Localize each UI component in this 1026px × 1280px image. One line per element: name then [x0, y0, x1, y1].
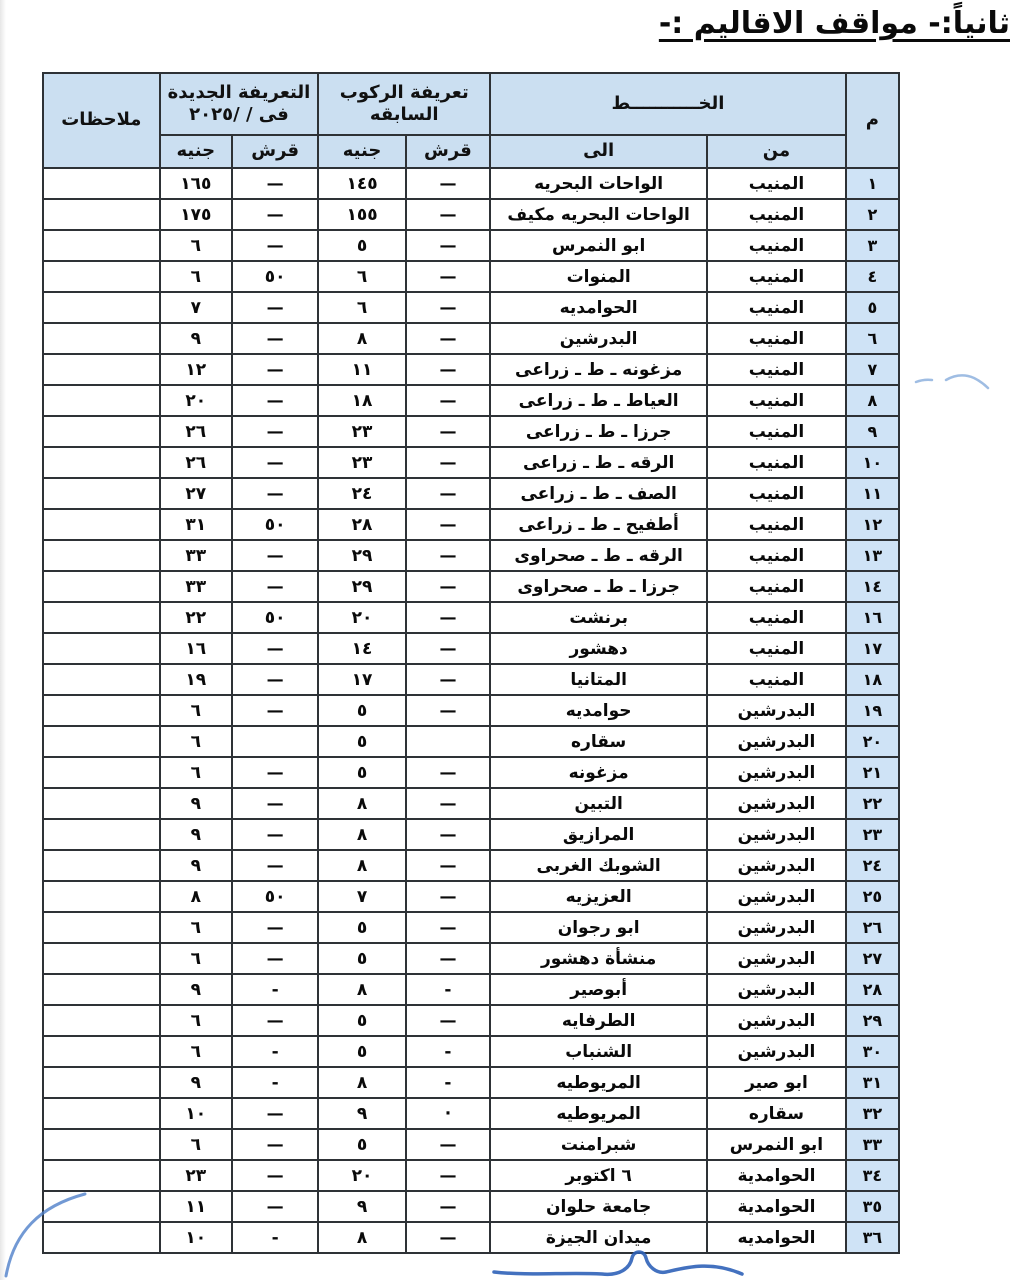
from-cell: الحوامدية: [707, 1191, 846, 1222]
row-number-cell: ٦: [846, 323, 899, 354]
notes-cell: [43, 943, 160, 974]
table-row: ٢المنيبالواحات البحريه مكيف—١٥٥—١٧٥: [43, 199, 899, 230]
old-genih-cell: ٧: [318, 881, 405, 912]
new-genih-cell: ١٦: [160, 633, 232, 664]
new-qirsh-cell: —: [232, 695, 318, 726]
new-qirsh-cell: —: [232, 757, 318, 788]
old-qirsh-cell: —: [406, 416, 490, 447]
row-number-cell: ٨: [846, 385, 899, 416]
header-line-group: الخـــــــــــط: [490, 73, 846, 135]
table-row: ٣٦الحوامديهميدان الجيزة—٨-١٠: [43, 1222, 899, 1253]
from-cell: المنيب: [707, 416, 846, 447]
new-qirsh-cell: —: [232, 447, 318, 478]
row-number-cell: ٣٦: [846, 1222, 899, 1253]
table-row: ٢٢البدرشينالتبين—٨—٩: [43, 788, 899, 819]
notes-cell: [43, 540, 160, 571]
notes-cell: [43, 1036, 160, 1067]
notes-cell: [43, 602, 160, 633]
to-cell: العزيزيه: [490, 881, 707, 912]
old-genih-cell: ٢٠: [318, 1160, 405, 1191]
row-number-cell: ١١: [846, 478, 899, 509]
regional-fares-table: م الخـــــــــــط تعريفة الركوب السابقه …: [42, 72, 900, 1254]
old-qirsh-cell: —: [406, 478, 490, 509]
from-cell: المنيب: [707, 664, 846, 695]
old-genih-cell: ٥: [318, 726, 405, 757]
row-number-cell: ٢٨: [846, 974, 899, 1005]
old-genih-cell: ٢٤: [318, 478, 405, 509]
to-cell: جرزا ـ ط ـ صحراوى: [490, 571, 707, 602]
old-genih-cell: ٢٩: [318, 571, 405, 602]
old-qirsh-cell: —: [406, 261, 490, 292]
old-genih-cell: ٨: [318, 819, 405, 850]
old-qirsh-cell: —: [406, 292, 490, 323]
row-number-cell: ٣٥: [846, 1191, 899, 1222]
scanned-document-page: { "page": { "title": "ثانياً:- مواقف الا…: [0, 0, 1026, 1280]
old-genih-cell: ٢٣: [318, 416, 405, 447]
row-number-cell: ٢٣: [846, 819, 899, 850]
table-row: ١٢المنيبأطفيح ـ ط ـ زراعى—٢٨٥٠٣١: [43, 509, 899, 540]
new-genih-cell: ٢٧: [160, 478, 232, 509]
new-genih-cell: ١١: [160, 1191, 232, 1222]
to-cell: المنوات: [490, 261, 707, 292]
old-qirsh-cell: —: [406, 788, 490, 819]
to-cell: ابو النمرس: [490, 230, 707, 261]
old-genih-cell: ٥: [318, 230, 405, 261]
notes-cell: [43, 819, 160, 850]
old-genih-cell: ٥: [318, 1036, 405, 1067]
table-row: ٣٣ابو النمرسشبرامنت—٥—٦: [43, 1129, 899, 1160]
to-cell: برنشت: [490, 602, 707, 633]
new-qirsh-cell: —: [232, 1129, 318, 1160]
old-qirsh-cell: —: [406, 509, 490, 540]
from-cell: البدرشين: [707, 695, 846, 726]
old-genih-cell: ٥: [318, 912, 405, 943]
table-row: ٢٣البدرشينالمرازيق—٨—٩: [43, 819, 899, 850]
old-genih-cell: ١٤٥: [318, 168, 405, 199]
old-genih-cell: ٦: [318, 292, 405, 323]
new-genih-cell: ٢٢: [160, 602, 232, 633]
notes-cell: [43, 509, 160, 540]
row-number-cell: ٢٥: [846, 881, 899, 912]
new-genih-cell: ٣٣: [160, 540, 232, 571]
old-qirsh-cell: —: [406, 447, 490, 478]
from-cell: البدرشين: [707, 726, 846, 757]
scan-edge-shadow: [0, 0, 6, 1280]
old-genih-cell: ٢٠: [318, 602, 405, 633]
new-qirsh-cell: -: [232, 1222, 318, 1253]
header-old-genih: جنيه: [318, 135, 405, 168]
new-qirsh-cell: ٥٠: [232, 602, 318, 633]
to-cell: جامعة حلوان: [490, 1191, 707, 1222]
notes-cell: [43, 1160, 160, 1191]
from-cell: البدرشين: [707, 881, 846, 912]
header-new-fare-group: التعريفة الجديدة فى / /٢٠٢٥: [160, 73, 319, 135]
old-genih-cell: ١٧: [318, 664, 405, 695]
notes-cell: [43, 385, 160, 416]
table-row: ١٠المنيبالرقه ـ ط ـ زراعى—٢٣—٢٦: [43, 447, 899, 478]
row-number-cell: ٢٠: [846, 726, 899, 757]
old-qirsh-cell: -: [406, 1036, 490, 1067]
new-genih-cell: ٢٠: [160, 385, 232, 416]
notes-cell: [43, 1005, 160, 1036]
from-cell: البدرشين: [707, 912, 846, 943]
notes-cell: [43, 292, 160, 323]
notes-cell: [43, 1191, 160, 1222]
notes-cell: [43, 1129, 160, 1160]
from-cell: المنيب: [707, 199, 846, 230]
old-qirsh-cell: —: [406, 943, 490, 974]
notes-cell: [43, 633, 160, 664]
header-new-genih: جنيه: [160, 135, 232, 168]
from-cell: المنيب: [707, 602, 846, 633]
old-genih-cell: ١٤: [318, 633, 405, 664]
notes-cell: [43, 1098, 160, 1129]
table-row: ١٨المنيبالمتانيا—١٧—١٩: [43, 664, 899, 695]
old-qirsh-cell: —: [406, 323, 490, 354]
notes-cell: [43, 323, 160, 354]
new-qirsh-cell: —: [232, 540, 318, 571]
new-genih-cell: ٩: [160, 323, 232, 354]
new-genih-cell: ١٧٥: [160, 199, 232, 230]
table-row: ٩المنيبجرزا ـ ط ـ زراعى—٢٣—٢٦: [43, 416, 899, 447]
table-row: ٤المنيبالمنوات—٦٥٠٦: [43, 261, 899, 292]
new-genih-cell: ٦: [160, 1129, 232, 1160]
old-qirsh-cell: —: [406, 757, 490, 788]
header-old-fare-group: تعريفة الركوب السابقه: [318, 73, 490, 135]
notes-cell: [43, 168, 160, 199]
row-number-cell: ٢٢: [846, 788, 899, 819]
row-number-cell: ٣٣: [846, 1129, 899, 1160]
notes-cell: [43, 695, 160, 726]
row-number-cell: ٢٩: [846, 1005, 899, 1036]
old-qirsh-cell: —: [406, 199, 490, 230]
to-cell: مزغونه: [490, 757, 707, 788]
new-genih-cell: ٦: [160, 726, 232, 757]
old-qirsh-cell: -: [406, 1067, 490, 1098]
notes-cell: [43, 788, 160, 819]
row-number-cell: ١٠: [846, 447, 899, 478]
row-number-cell: ١٤: [846, 571, 899, 602]
table-row: ٣١ابو صيرالمريوطيه-٨-٩: [43, 1067, 899, 1098]
row-number-cell: ٣٠: [846, 1036, 899, 1067]
old-qirsh-cell: —: [406, 1191, 490, 1222]
new-qirsh-cell: ٥٠: [232, 261, 318, 292]
row-number-cell: ١٢: [846, 509, 899, 540]
new-qirsh-cell: —: [232, 1005, 318, 1036]
row-number-cell: ١٩: [846, 695, 899, 726]
to-cell: الشوبك الغربى: [490, 850, 707, 881]
from-cell: ابو صير: [707, 1067, 846, 1098]
new-qirsh-cell: —: [232, 323, 318, 354]
table-row: ٧المنيبمزغونه ـ ط ـ زراعى—١١—١٢: [43, 354, 899, 385]
old-qirsh-cell: —: [406, 1160, 490, 1191]
table-row: ٢٤البدرشينالشوبك الغربى—٨—٩: [43, 850, 899, 881]
old-qirsh-cell: —: [406, 912, 490, 943]
notes-cell: [43, 664, 160, 695]
old-qirsh-cell: —: [406, 602, 490, 633]
new-qirsh-cell: ٥٠: [232, 881, 318, 912]
to-cell: أطفيح ـ ط ـ زراعى: [490, 509, 707, 540]
to-cell: الشنباب: [490, 1036, 707, 1067]
new-qirsh-cell: —: [232, 850, 318, 881]
to-cell: حوامديه: [490, 695, 707, 726]
from-cell: البدرشين: [707, 943, 846, 974]
row-number-cell: ٣٤: [846, 1160, 899, 1191]
old-genih-cell: ٨: [318, 323, 405, 354]
from-cell: المنيب: [707, 292, 846, 323]
row-number-cell: ٢٦: [846, 912, 899, 943]
new-qirsh-cell: ٥٠: [232, 509, 318, 540]
row-number-cell: ١٦: [846, 602, 899, 633]
new-qirsh-cell: -: [232, 1036, 318, 1067]
row-number-cell: ٥: [846, 292, 899, 323]
row-number-cell: ٩: [846, 416, 899, 447]
to-cell: سقاره: [490, 726, 707, 757]
row-number-cell: ٢٤: [846, 850, 899, 881]
from-cell: المنيب: [707, 540, 846, 571]
old-qirsh-cell: —: [406, 1005, 490, 1036]
new-qirsh-cell: —: [232, 416, 318, 447]
row-number-cell: ٣: [846, 230, 899, 261]
old-qirsh-cell: —: [406, 354, 490, 385]
table-row: ١المنيبالواحات البحريه—١٤٥—١٦٥: [43, 168, 899, 199]
to-cell: منشأة دهشور: [490, 943, 707, 974]
to-cell: المريوطيه: [490, 1098, 707, 1129]
old-qirsh-cell: —: [406, 881, 490, 912]
old-genih-cell: ٢٩: [318, 540, 405, 571]
new-genih-cell: ١٩: [160, 664, 232, 695]
header-from: من: [707, 135, 846, 168]
to-cell: التبين: [490, 788, 707, 819]
new-genih-cell: ٦: [160, 757, 232, 788]
new-genih-cell: ٦: [160, 1036, 232, 1067]
new-qirsh-cell: —: [232, 478, 318, 509]
notes-cell: [43, 199, 160, 230]
new-genih-cell: ١٠: [160, 1222, 232, 1253]
new-genih-cell: ٩: [160, 788, 232, 819]
new-genih-cell: ٩: [160, 850, 232, 881]
old-genih-cell: ١٨: [318, 385, 405, 416]
new-qirsh-cell: —: [232, 633, 318, 664]
fare-table-body: ١المنيبالواحات البحريه—١٤٥—١٦٥٢المنيبالو…: [43, 168, 899, 1253]
table-row: ١٧المنيبدهشور—١٤—١٦: [43, 633, 899, 664]
new-genih-cell: ٩: [160, 819, 232, 850]
to-cell: الحوامديه: [490, 292, 707, 323]
table-row: ١١المنيبالصف ـ ط ـ زراعى—٢٤—٢٧: [43, 478, 899, 509]
new-genih-cell: ٦: [160, 1005, 232, 1036]
from-cell: الحوامدية: [707, 1160, 846, 1191]
table-row: ١٣المنيبالرقه ـ ط ـ صحراوى—٢٩—٣٣: [43, 540, 899, 571]
to-cell: الواحات البحريه مكيف: [490, 199, 707, 230]
from-cell: البدرشين: [707, 788, 846, 819]
table-row: ١٦المنيببرنشت—٢٠٥٠٢٢: [43, 602, 899, 633]
notes-cell: [43, 850, 160, 881]
new-qirsh-cell: —: [232, 571, 318, 602]
new-qirsh-cell: —: [232, 788, 318, 819]
new-genih-cell: ١٦٥: [160, 168, 232, 199]
new-genih-cell: ٣٣: [160, 571, 232, 602]
from-cell: المنيب: [707, 571, 846, 602]
header-notes: ملاحظات: [43, 73, 160, 168]
table-row: ٦المنيبالبدرشين—٨—٩: [43, 323, 899, 354]
new-genih-cell: ٩: [160, 1067, 232, 1098]
to-cell: ٦ اكتوبر: [490, 1160, 707, 1191]
new-qirsh-cell: —: [232, 912, 318, 943]
row-number-cell: ١٧: [846, 633, 899, 664]
old-genih-cell: ٥: [318, 757, 405, 788]
table-row: ٢٧البدرشينمنشأة دهشور—٥—٦: [43, 943, 899, 974]
old-qirsh-cell: —: [406, 1129, 490, 1160]
table-row: ٣٤الحوامدية٦ اكتوبر—٢٠—٢٣: [43, 1160, 899, 1191]
header-to: الى: [490, 135, 707, 168]
new-genih-cell: ٣١: [160, 509, 232, 540]
to-cell: المريوطيه: [490, 1067, 707, 1098]
row-number-cell: ٣٢: [846, 1098, 899, 1129]
old-genih-cell: ٩: [318, 1191, 405, 1222]
new-qirsh-cell: —: [232, 354, 318, 385]
new-qirsh-cell: -: [232, 1067, 318, 1098]
new-qirsh-cell: —: [232, 1160, 318, 1191]
old-qirsh-cell: —: [406, 695, 490, 726]
to-cell: شبرامنت: [490, 1129, 707, 1160]
table-row: ٣٥الحوامديةجامعة حلوان—٩—١١: [43, 1191, 899, 1222]
old-qirsh-cell: —: [406, 385, 490, 416]
from-cell: المنيب: [707, 168, 846, 199]
from-cell: البدرشين: [707, 819, 846, 850]
table-row: ٢٩البدرشينالطرفايه—٥—٦: [43, 1005, 899, 1036]
row-number-cell: ٢١: [846, 757, 899, 788]
table-row: ٢١البدرشينمزغونه—٥—٦: [43, 757, 899, 788]
notes-cell: [43, 478, 160, 509]
from-cell: المنيب: [707, 447, 846, 478]
new-genih-cell: ٨: [160, 881, 232, 912]
row-number-cell: ٣١: [846, 1067, 899, 1098]
old-genih-cell: ٥: [318, 695, 405, 726]
from-cell: المنيب: [707, 509, 846, 540]
new-qirsh-cell: [232, 726, 318, 757]
old-genih-cell: ٨: [318, 1222, 405, 1253]
row-number-cell: ١٨: [846, 664, 899, 695]
to-cell: أبوصير: [490, 974, 707, 1005]
new-qirsh-cell: —: [232, 1098, 318, 1129]
notes-cell: [43, 571, 160, 602]
old-qirsh-cell: —: [406, 230, 490, 261]
row-number-cell: ٢: [846, 199, 899, 230]
old-genih-cell: ٥: [318, 943, 405, 974]
old-genih-cell: ٥: [318, 1005, 405, 1036]
from-cell: المنيب: [707, 385, 846, 416]
old-genih-cell: ٢٣: [318, 447, 405, 478]
notes-cell: [43, 1222, 160, 1253]
new-qirsh-cell: —: [232, 292, 318, 323]
header-old-qirsh: قرش: [406, 135, 490, 168]
page-title: ثانياً:- مواقف الاقاليم :-: [659, 6, 1010, 41]
to-cell: دهشور: [490, 633, 707, 664]
from-cell: المنيب: [707, 230, 846, 261]
new-qirsh-cell: —: [232, 1191, 318, 1222]
from-cell: المنيب: [707, 261, 846, 292]
old-qirsh-cell: [406, 726, 490, 757]
from-cell: الحوامديه: [707, 1222, 846, 1253]
notes-cell: [43, 757, 160, 788]
old-genih-cell: ٨: [318, 850, 405, 881]
old-qirsh-cell: —: [406, 168, 490, 199]
old-genih-cell: ٨: [318, 1067, 405, 1098]
row-number-cell: ٧: [846, 354, 899, 385]
table-row: ٢٠البدرشينسقاره٥٦: [43, 726, 899, 757]
new-genih-cell: ٧: [160, 292, 232, 323]
to-cell: ابو رجوان: [490, 912, 707, 943]
new-qirsh-cell: —: [232, 819, 318, 850]
notes-cell: [43, 447, 160, 478]
notes-cell: [43, 974, 160, 1005]
to-cell: البدرشين: [490, 323, 707, 354]
new-genih-cell: ٢٦: [160, 447, 232, 478]
new-genih-cell: ٦: [160, 695, 232, 726]
header-new-qirsh: قرش: [232, 135, 318, 168]
from-cell: المنيب: [707, 323, 846, 354]
notes-cell: [43, 261, 160, 292]
old-qirsh-cell: —: [406, 850, 490, 881]
old-qirsh-cell: —: [406, 571, 490, 602]
to-cell: المرازيق: [490, 819, 707, 850]
from-cell: البدرشين: [707, 757, 846, 788]
to-cell: المتانيا: [490, 664, 707, 695]
table-row: ١٤المنيبجرزا ـ ط ـ صحراوى—٢٩—٣٣: [43, 571, 899, 602]
notes-cell: [43, 230, 160, 261]
old-qirsh-cell: —: [406, 1222, 490, 1253]
from-cell: المنيب: [707, 354, 846, 385]
old-genih-cell: ٩: [318, 1098, 405, 1129]
old-qirsh-cell: —: [406, 540, 490, 571]
new-qirsh-cell: —: [232, 230, 318, 261]
table-header: م الخـــــــــــط تعريفة الركوب السابقه …: [43, 73, 899, 168]
old-genih-cell: ٦: [318, 261, 405, 292]
notes-cell: [43, 354, 160, 385]
to-cell: الرقه ـ ط ـ زراعى: [490, 447, 707, 478]
old-genih-cell: ٥: [318, 1129, 405, 1160]
row-number-cell: ٢٧: [846, 943, 899, 974]
table-row: ٢٦البدرشينابو رجوان—٥—٦: [43, 912, 899, 943]
new-qirsh-cell: —: [232, 664, 318, 695]
row-number-cell: ١: [846, 168, 899, 199]
ink-scribble-right: [912, 366, 1002, 394]
to-cell: الطرفايه: [490, 1005, 707, 1036]
from-cell: المنيب: [707, 633, 846, 664]
table-row: ٢٥البدرشينالعزيزيه—٧٥٠٨: [43, 881, 899, 912]
notes-cell: [43, 912, 160, 943]
new-genih-cell: ٢٣: [160, 1160, 232, 1191]
from-cell: البدرشين: [707, 1005, 846, 1036]
old-genih-cell: ٨: [318, 788, 405, 819]
from-cell: سقاره: [707, 1098, 846, 1129]
old-genih-cell: ٨: [318, 974, 405, 1005]
table-row: ٣المنيبابو النمرس—٥—٦: [43, 230, 899, 261]
old-genih-cell: ٢٨: [318, 509, 405, 540]
old-qirsh-cell: —: [406, 633, 490, 664]
notes-cell: [43, 726, 160, 757]
from-cell: البدرشين: [707, 1036, 846, 1067]
old-qirsh-cell: ·: [406, 1098, 490, 1129]
table-row: ٣٠البدرشينالشنباب-٥-٦: [43, 1036, 899, 1067]
old-qirsh-cell: -: [406, 974, 490, 1005]
old-qirsh-cell: —: [406, 819, 490, 850]
row-number-cell: ٤: [846, 261, 899, 292]
to-cell: العياط ـ ط ـ زراعى: [490, 385, 707, 416]
table-row: ٨المنيبالعياط ـ ط ـ زراعى—١٨—٢٠: [43, 385, 899, 416]
new-genih-cell: ٩: [160, 974, 232, 1005]
new-genih-cell: ١٢: [160, 354, 232, 385]
